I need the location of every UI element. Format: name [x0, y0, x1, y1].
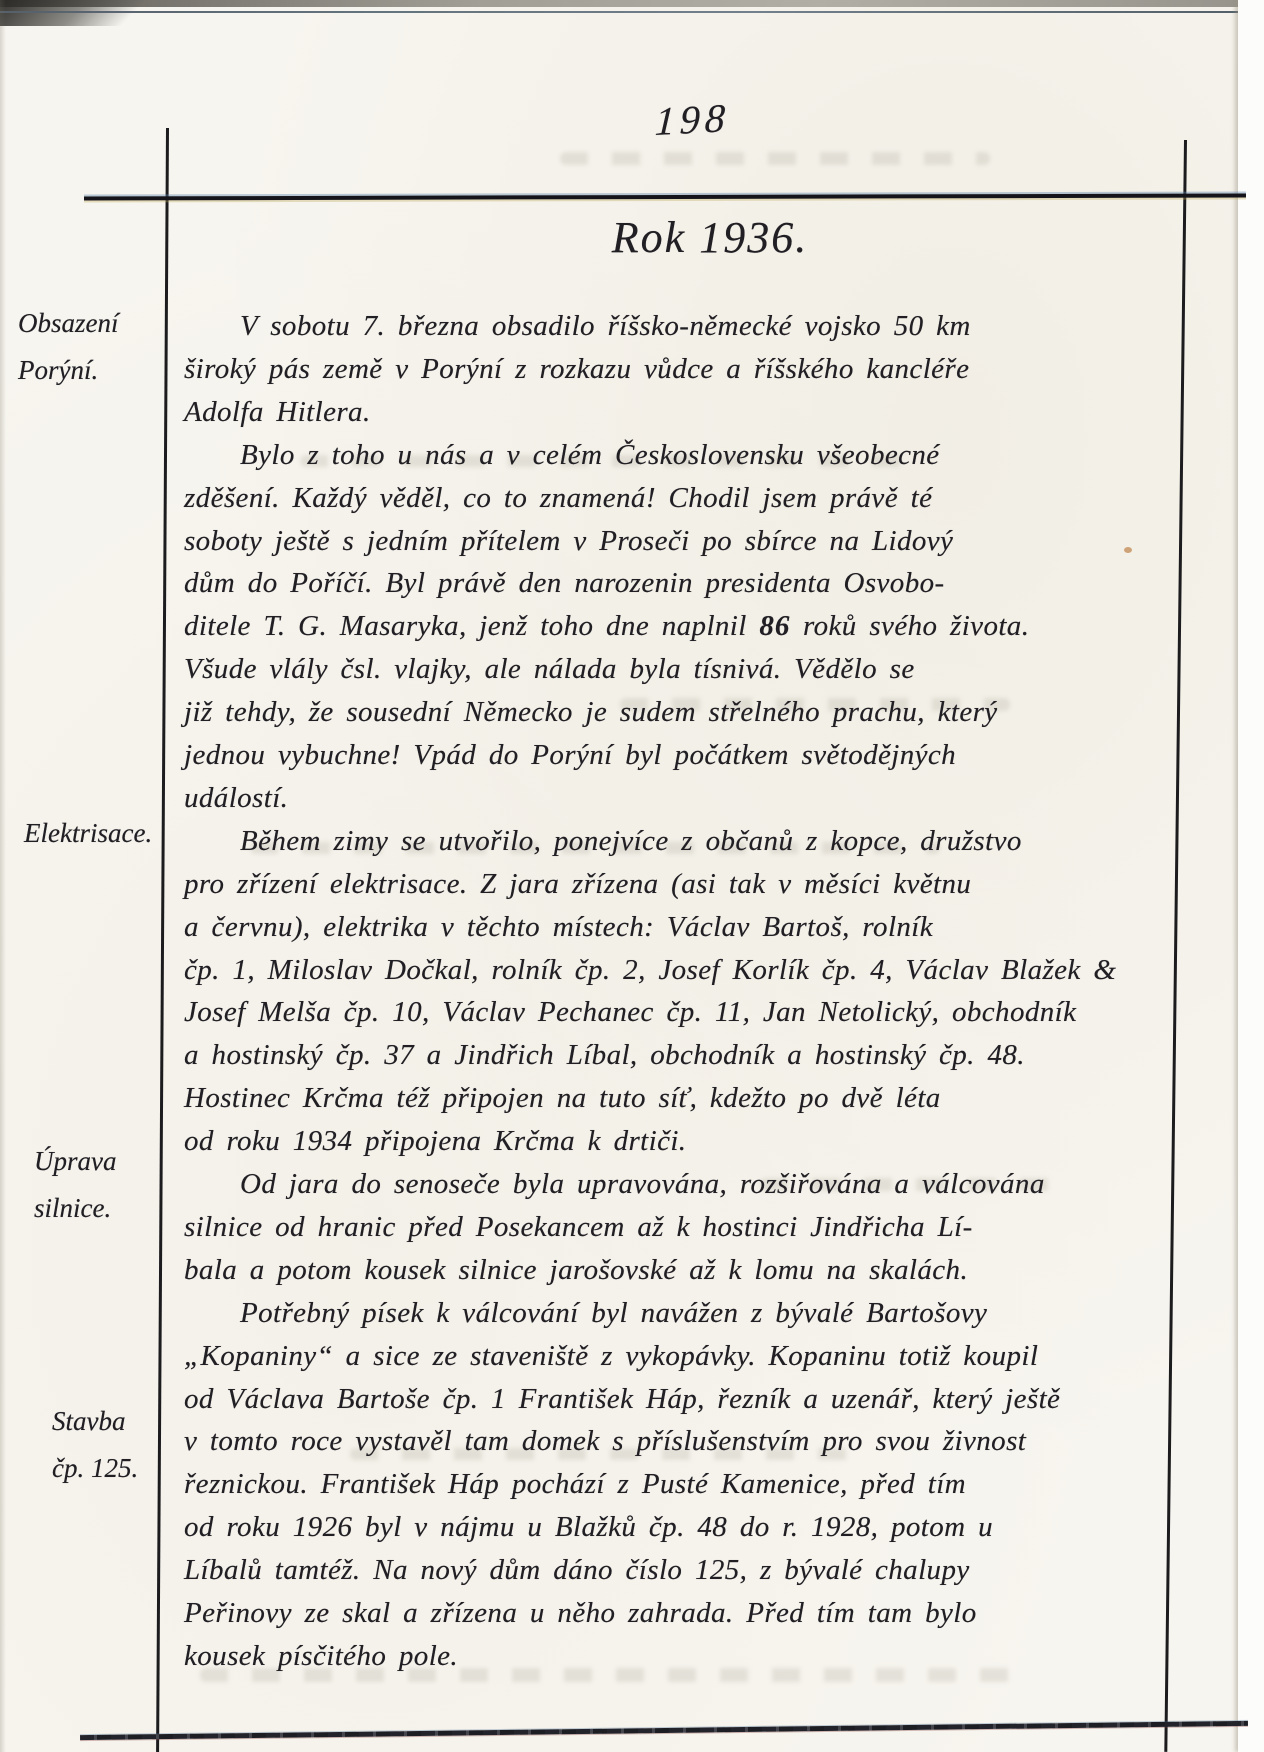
manuscript-line: soboty ještě s jedním přítelem v Proseči… [184, 525, 953, 558]
scanned-chronicle-page: { "page": { "number": "198", "title": "R… [0, 0, 1264, 1752]
manuscript-line: Potřebný písek k válcování byl navážen z… [184, 1297, 987, 1330]
manuscript-line: od roku 1934 připojena Krčma k drtiči. [184, 1125, 686, 1158]
manuscript-line: událostí. [184, 782, 288, 815]
manuscript-line: Adolfa Hitlera. [184, 396, 371, 429]
manuscript-line: dům do Poříčí. Byl právě den narozenin p… [184, 567, 945, 600]
manuscript-line: Od jara do senoseče byla upravována, roz… [184, 1168, 1045, 1201]
manuscript-line: a hostinský čp. 37 a Jindřich Líbal, obc… [184, 1039, 1025, 1072]
manuscript-line: a červnu), elektrika v těchto místech: V… [184, 911, 933, 944]
manuscript-line: čp. 1, Miloslav Dočkal, rolník čp. 2, Jo… [184, 954, 1116, 987]
manuscript-line: V sobotu 7. března obsadilo říšsko-němec… [184, 310, 971, 343]
manuscript-line: Bylo z toho u nás a v celém Českoslovens… [184, 439, 940, 472]
manuscript-line: bala a potom kousek silnice jarošovské a… [184, 1254, 968, 1287]
manuscript-line: Během zimy se utvořilo, ponejvíce z obča… [184, 825, 1022, 858]
manuscript-line: silnice od hranic před Posekancem až k h… [184, 1211, 973, 1244]
manuscript-line: od roku 1926 byl v nájmu u Blažků čp. 48… [184, 1511, 993, 1544]
manuscript-line: široký pás země v Porýní z rozkazu vůdce… [184, 353, 969, 386]
manuscript-line: již tehdy, že sousední Německo je sudem … [184, 696, 998, 729]
manuscript-line: jednou vybuchne! Vpád do Porýní byl počá… [184, 739, 956, 772]
manuscript-line: Peřinovy ze skal a zřízena u něho zahrad… [184, 1597, 977, 1630]
manuscript-line: Všude vlály čsl. vlajky, ale nálada byla… [184, 653, 915, 686]
emphasized-number: 86 [759, 610, 790, 642]
manuscript-line: Josef Melša čp. 10, Václav Pechanec čp. … [184, 996, 1076, 1029]
manuscript-line: řeznickou. František Háp pochází z Pusté… [184, 1468, 966, 1501]
manuscript-text: V sobotu 7. března obsadilo říšsko-němec… [0, 0, 1264, 1752]
manuscript-line: kousek písčitého pole. [184, 1640, 458, 1673]
manuscript-line: Líbalů tamtéž. Na nový dům dáno číslo 12… [184, 1554, 970, 1587]
manuscript-line: ditele T. G. Masaryka, jenž toho dne nap… [184, 610, 1029, 643]
manuscript-line: Hostinec Krčma též připojen na tuto síť,… [184, 1082, 941, 1115]
manuscript-line: „Kopaniny“ a sice ze staveniště z vykopá… [184, 1340, 1038, 1373]
manuscript-line: pro zřízení elektrisace. Z jara zřízena … [184, 868, 971, 901]
manuscript-line: v tomto roce vystavěl tam domek s příslu… [184, 1425, 1026, 1458]
manuscript-line: zděšení. Každý věděl, co to znamená! Cho… [184, 482, 932, 515]
manuscript-line: od Václava Bartoše čp. 1 František Háp, … [184, 1383, 1060, 1416]
